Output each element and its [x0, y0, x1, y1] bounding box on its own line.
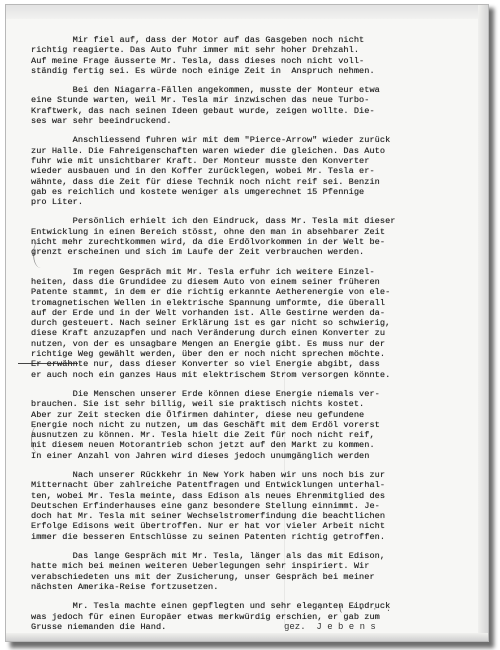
paragraph: Anschliessend fuhren wir mit dem "Pierce… — [31, 135, 486, 207]
text-line: Nach unserer Rückkehr in New York haben … — [31, 470, 486, 480]
text-line: zur Halle. Die Fahreigenschaften waren w… — [31, 146, 486, 156]
text-line: In einer Anzahl von Jahren wird dieses j… — [31, 451, 486, 461]
text-line: Aber zur Zeit stecken die Ölfirmen dahin… — [31, 410, 486, 420]
signature-scrawl: ·’ ( ‘• · . — [318, 605, 393, 614]
text-line: Energie noch nicht zu nutzen, um das Ges… — [31, 420, 486, 430]
text-line: nutzen, von der es unsagbare Mengen an E… — [31, 339, 486, 349]
paragraph: Das lange Gespräch mit Mr. Tesla, länger… — [31, 551, 486, 592]
text-line: Mir fiel auf, dass der Motor auf das Gas… — [31, 35, 486, 45]
text-line: ten, wobei Mr. Tesla meinte, dass Edison… — [31, 491, 486, 501]
text-line: Deutschen Erfinderhauses eine ganz beson… — [31, 501, 486, 511]
text-line: auf der Erde und in der Welt vorhanden i… — [31, 308, 486, 318]
text-line: Patente stammt, in dem er die richtig er… — [31, 287, 486, 297]
text-line: ausnutzen zu können. Mr. Tesla hielt die… — [31, 430, 486, 440]
text-line: brauchen. Sie ist sehr billig, weil sie … — [31, 399, 486, 409]
text-line: Mr. Tesla machte einen gepflegten und se… — [31, 601, 486, 611]
paragraph: Die Menschen unserer Erde können diese E… — [31, 389, 486, 461]
text-line: eine Stunde warten, weil Mr. Tesla mir i… — [31, 95, 486, 105]
text-line: Kraftwerk, das nach seinen Ideen gebaut … — [31, 106, 486, 116]
text-line: Er erwähnte nur, dass dieser Konverter s… — [31, 359, 486, 369]
text-line: gab es reichlich und kostete weniger als… — [31, 187, 486, 197]
text-line: Bei den Niagarra-Fällen angekommen, muss… — [31, 85, 486, 95]
text-line: doch hat Mr. Tesla mit seiner Wechselstr… — [31, 511, 486, 521]
text-line: grenzt erscheinen und sich im Laufe der … — [31, 247, 486, 257]
text-line: wähnte, dass die Zeit für diese Technik … — [31, 177, 486, 187]
text-line: er auch noch ein ganzes Haus mit elektri… — [31, 370, 486, 380]
paragraph: Mir fiel auf, dass der Motor auf das Gas… — [31, 35, 486, 76]
text-line: Anschliessend fuhren wir mit dem "Pierce… — [31, 135, 486, 145]
text-line: hatte mich bei meinen weiteren Ueberlegu… — [31, 561, 486, 571]
text-line: heiten, dass die Grundidee zu diesem Aut… — [31, 277, 486, 287]
text-line: pro Liter. — [31, 197, 486, 207]
text-line: nächsten Amerika-Reise fortzusetzen. — [31, 582, 486, 592]
text-line: verabschiedeten uns mit der Zusicherung,… — [31, 572, 486, 582]
text-line: fuhr wie mit unsichtbarer Kraft. Der Mon… — [31, 156, 486, 166]
text-line: Entwicklung in einen Bereich stösst, ohn… — [31, 227, 486, 237]
text-line: was jedoch für einen Europäer etwas merk… — [31, 612, 486, 622]
text-line: richtig reagierte. Das Auto fuhr immer m… — [31, 45, 486, 55]
text-line: Im regen Gespräch mit Mr. Tesla erfuhr i… — [31, 267, 486, 277]
typewritten-page: Mir fiel auf, dass der Motor auf das Gas… — [5, 4, 489, 642]
text-line: diese Kraft anzuzapfen und nach Veränder… — [31, 328, 486, 338]
text-line: nicht mehr zurechtkommen wird, da die Er… — [31, 237, 486, 247]
text-line: Das lange Gespräch mit Mr. Tesla, länger… — [31, 551, 486, 561]
text-line: ständig fertig sei. Es würde noch einige… — [31, 66, 486, 76]
text-line: immer die besseren Entschlüsse zu seinen… — [31, 532, 486, 542]
text-line: Persönlich erhielt ich den Eindruck, das… — [31, 216, 486, 226]
text-line: Die Menschen unserer Erde können diese E… — [31, 389, 486, 399]
paragraph: Mr. Tesla machte einen gepflegten und se… — [31, 601, 486, 632]
text-line: durch gesteuert. Nach seiner Erklärung i… — [31, 318, 486, 328]
text-line: ses war sehr beeindruckend. — [31, 116, 486, 126]
document-body: Mir fiel auf, dass der Motor auf das Gas… — [31, 35, 486, 641]
paragraph: Bei den Niagarra-Fällen angekommen, muss… — [31, 85, 486, 126]
text-line: Mitternacht über zahlreiche Patentfragen… — [31, 480, 486, 490]
text-line: Grusse niemanden die Hand. — [31, 622, 486, 632]
text-line: tromagnetischen Wellen in elektrische Sp… — [31, 298, 486, 308]
paragraph: Nach unserer Rückkehr in New York haben … — [31, 470, 486, 542]
text-line: wieder ausbauen und in den Koffer zurück… — [31, 166, 486, 176]
paragraph: Im regen Gespräch mit Mr. Tesla erfuhr i… — [31, 267, 486, 380]
text-line: richtige Weg gewählt werden, über den er… — [31, 349, 486, 359]
page-top-edge — [6, 5, 488, 19]
text-line: Erfolge Edisons weit übertroffen. Nur er… — [31, 521, 486, 531]
text-line: mit diesem neuen Motorantrieb schon jetz… — [31, 440, 486, 450]
signature: gez. J e b e n s — [284, 622, 376, 632]
text-line: Auf meine Frage äusserte Mr. Tesla, dass… — [31, 56, 486, 66]
paragraph: Persönlich erhielt ich den Eindruck, das… — [31, 216, 486, 257]
